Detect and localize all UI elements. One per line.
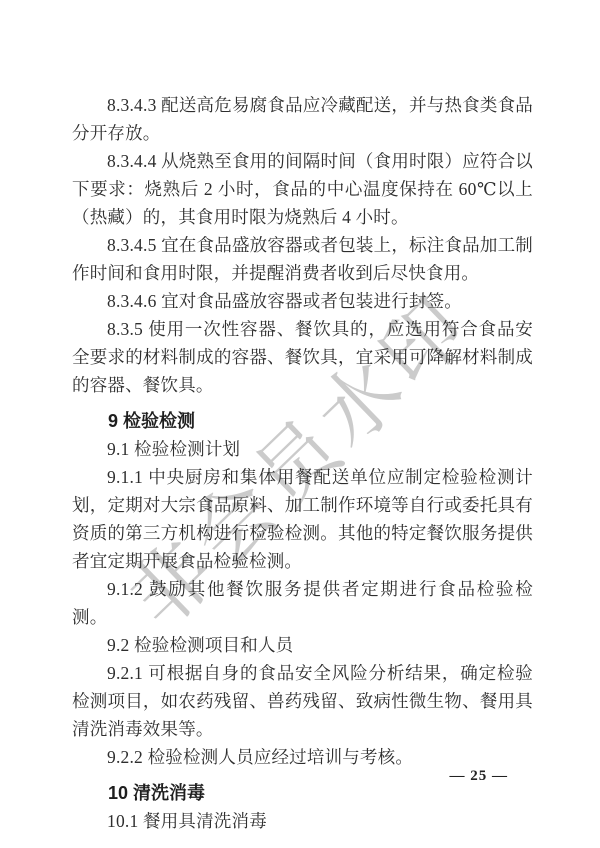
paragraph-9-2-2: 9.2.2 检验检测人员应经过培训与考核。: [72, 743, 533, 771]
document-page: 非会员水印 8.3.4.3 配送高危易腐食品应冷藏配送，并与热食类食品分开存放。…: [0, 0, 600, 848]
paragraph-10-1: 10.1 餐用具清洗消毒: [72, 807, 533, 835]
paragraph-8-3-5: 8.3.5 使用一次性容器、餐饮具的，应选用符合食品安全要求的材料制成的容器、餐…: [72, 315, 533, 399]
paragraph-8-3-4-4: 8.3.4.4 从烧熟至食用的间隔时间（食用时限）应符合以下要求：烧熟后 2 小…: [72, 147, 533, 231]
paragraph-9-1-2: 9.1.2 鼓励其他餐饮服务提供者定期进行食品检验检测。: [72, 575, 533, 631]
page-number: — 25 —: [450, 768, 509, 785]
document-content: 8.3.4.3 配送高危易腐食品应冷藏配送，并与热食类食品分开存放。 8.3.4…: [72, 91, 533, 835]
paragraph-9-1-1: 9.1.1 中央厨房和集体用餐配送单位应制定检验检测计划，定期对大宗食品原料、加…: [72, 463, 533, 575]
paragraph-9-2-1: 9.2.1 可根据自身的食品安全风险分析结果，确定检验检测项目，如农药残留、兽药…: [72, 659, 533, 743]
paragraph-8-3-4-6: 8.3.4.6 宜对食品盛放容器或者包装进行封签。: [72, 287, 533, 315]
section-heading-9: 9 检验检测: [72, 407, 533, 435]
paragraph-8-3-4-3: 8.3.4.3 配送高危易腐食品应冷藏配送，并与热食类食品分开存放。: [72, 91, 533, 147]
paragraph-8-3-4-5: 8.3.4.5 宜在食品盛放容器或者包装上，标注食品加工制作时间和食用时限，并提…: [72, 231, 533, 287]
paragraph-9-2: 9.2 检验检测项目和人员: [72, 631, 533, 659]
paragraph-9-1: 9.1 检验检测计划: [72, 435, 533, 463]
